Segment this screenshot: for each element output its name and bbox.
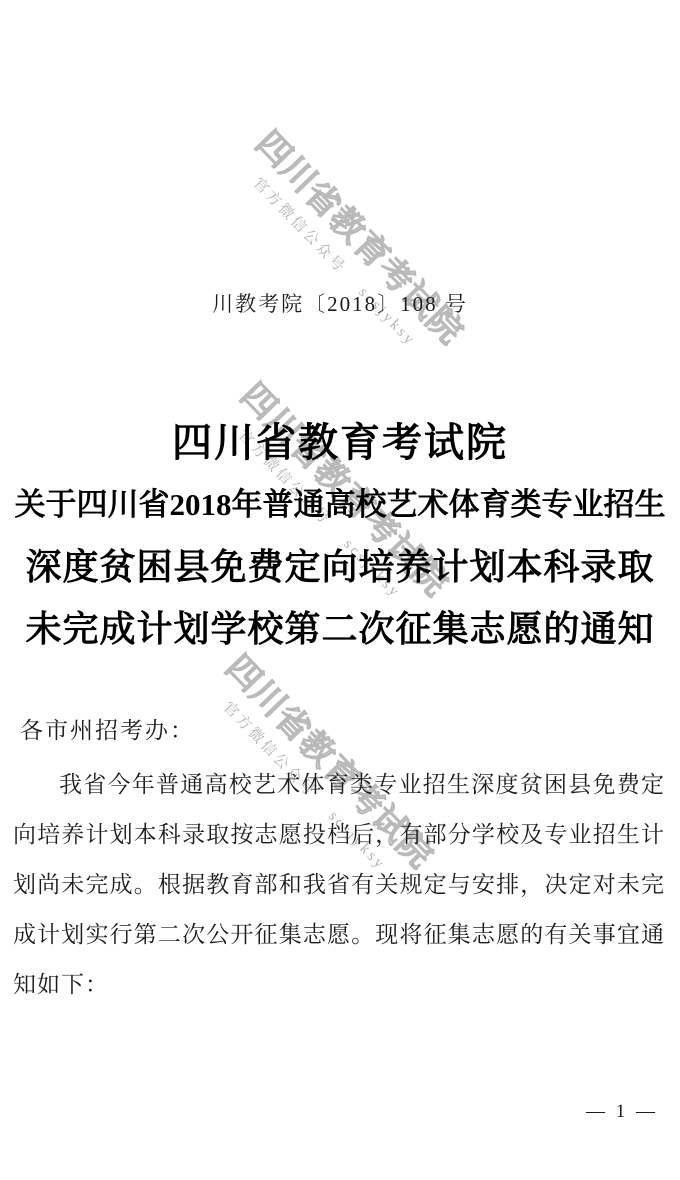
watermark-main-text: 四川省教育考试院 [230, 106, 488, 371]
salutation: 各市州招考办： [20, 712, 195, 745]
document-title: 四川省教育考试院 关于四川省2018年普通高校艺术体育类专业招生 深度贫困县免费… [0, 412, 680, 660]
title-line: 未完成计划学校第二次征集志愿的通知 [0, 598, 680, 660]
title-line: 四川省教育考试院 [0, 412, 680, 474]
page-number: — 1 — [586, 1101, 658, 1123]
document-page: 四川省教育考试院 官方微信公众号 scsjyksy 四川省教育考试院 官方微信公… [0, 0, 680, 1180]
title-line: 深度贫困县免费定向培养计划本科录取 [0, 536, 680, 598]
title-line: 关于四川省2018年普通高校艺术体育类专业招生 [0, 474, 680, 536]
body-paragraph: 我省今年普通高校艺术体育类专业招生深度贫困县免费定向培养计划本科录取按志愿投档后… [13, 760, 665, 1010]
document-number: 川教考院〔2018〕108 号 [0, 288, 680, 318]
watermark-sub-text: 官方微信公众号 scsjyksy [212, 137, 456, 388]
watermark: 四川省教育考试院 官方微信公众号 scsjyksy [212, 106, 487, 388]
watermark-wechat-label: 官方微信公众号 [248, 174, 350, 279]
